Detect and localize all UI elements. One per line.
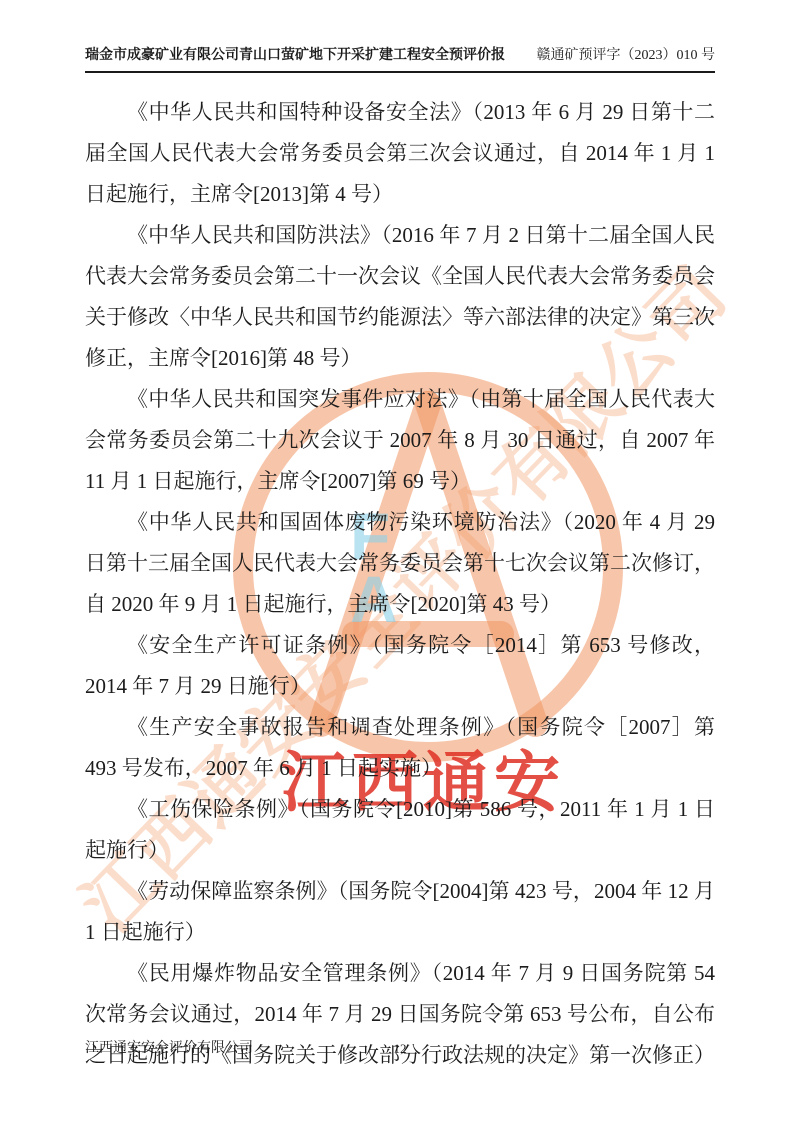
body-paragraph: 《中华人民共和国突发事件应对法》（由第十届全国人民代表大会常务委员会第二十九次会…: [85, 379, 715, 502]
body-paragraph: 《中华人民共和国特种设备安全法》（2013 年 6 月 29 日第十二届全国人民…: [85, 92, 715, 215]
header-report-title: 瑞金市成豪矿业有限公司青山口萤矿地下开采扩建工程安全预评价报: [85, 46, 505, 66]
body-paragraph: 《中华人民共和国固体废物污染环境防治法》（2020 年 4 月 29 日第十三届…: [85, 502, 715, 625]
body-paragraph: 《劳动保障监察条例》（国务院令[2004]第 423 号，2004 年 12 月…: [85, 871, 715, 953]
page-footer: 12 江西通安安全评价有限公司: [85, 1040, 715, 1058]
document-page: 江西通安安全评价有限公司 FA 江西通安 瑞金市成豪矿业有限公司青山口萤矿地下开…: [0, 0, 800, 1131]
page-header: 瑞金市成豪矿业有限公司青山口萤矿地下开采扩建工程安全预评价报 赣通矿预评字（20…: [85, 46, 715, 73]
body-paragraph: 《安全生产许可证条例》（国务院令［2014］第 653 号修改，2014 年 7…: [85, 625, 715, 707]
page-number: 12: [85, 1040, 715, 1058]
body-paragraph: 《中华人民共和国防洪法》（2016 年 7 月 2 日第十二届全国人民代表大会常…: [85, 215, 715, 379]
body-text: 《中华人民共和国特种设备安全法》（2013 年 6 月 29 日第十二届全国人民…: [85, 92, 715, 1076]
header-doc-number: 赣通矿预评字（2023）010 号: [537, 46, 716, 66]
body-paragraph: 《工伤保险条例》（国务院令[2010]第 586 号，2011 年 1 月 1 …: [85, 789, 715, 871]
body-paragraph: 《生产安全事故报告和调查处理条例》（国务院令［2007］第 493 号发布，20…: [85, 707, 715, 789]
